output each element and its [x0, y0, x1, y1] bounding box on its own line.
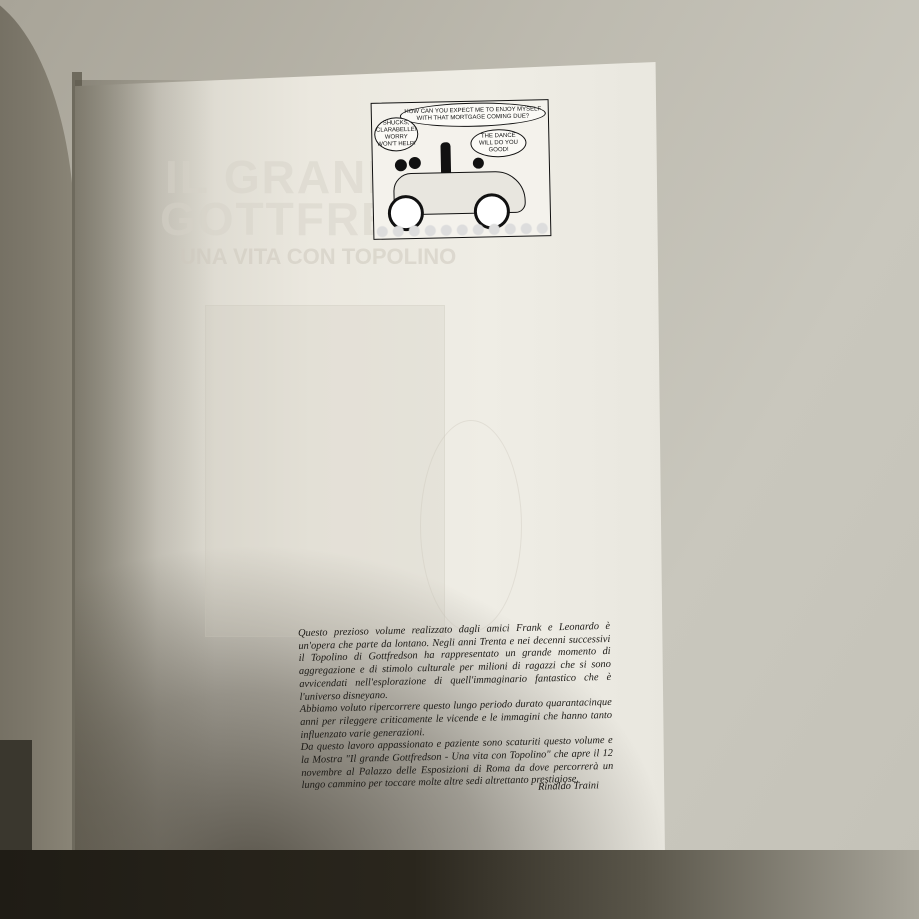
mickey-ear-icon — [409, 157, 421, 169]
minnie-ear-icon — [473, 158, 484, 169]
speech-bubble: THE DANCE WILL DO YOU GOOD! — [470, 129, 527, 158]
preface-text: Questo prezioso volume realizzato dagli … — [298, 621, 614, 793]
photo-scene: IL GRANDE GOTTFRED UNA VITA CON TOPOLINO… — [0, 0, 919, 919]
table-shadow — [0, 850, 919, 919]
mickey-ear-icon — [395, 159, 407, 171]
comic-panel: HOW CAN YOU EXPECT ME TO ENJOY MYSELF WI… — [371, 99, 552, 240]
dust-clouds — [374, 221, 550, 239]
speech-bubble: SHUCKS, CLARABELLE! WORRY WON'T HELP! — [374, 117, 419, 152]
author-signature: Rinaldo Traini — [538, 780, 599, 792]
speech-bubble: HOW CAN YOU EXPECT ME TO ENJOY MYSELF WI… — [400, 101, 546, 128]
preface-paragraph: Questo prezioso volume realizzato dagli … — [298, 621, 612, 704]
